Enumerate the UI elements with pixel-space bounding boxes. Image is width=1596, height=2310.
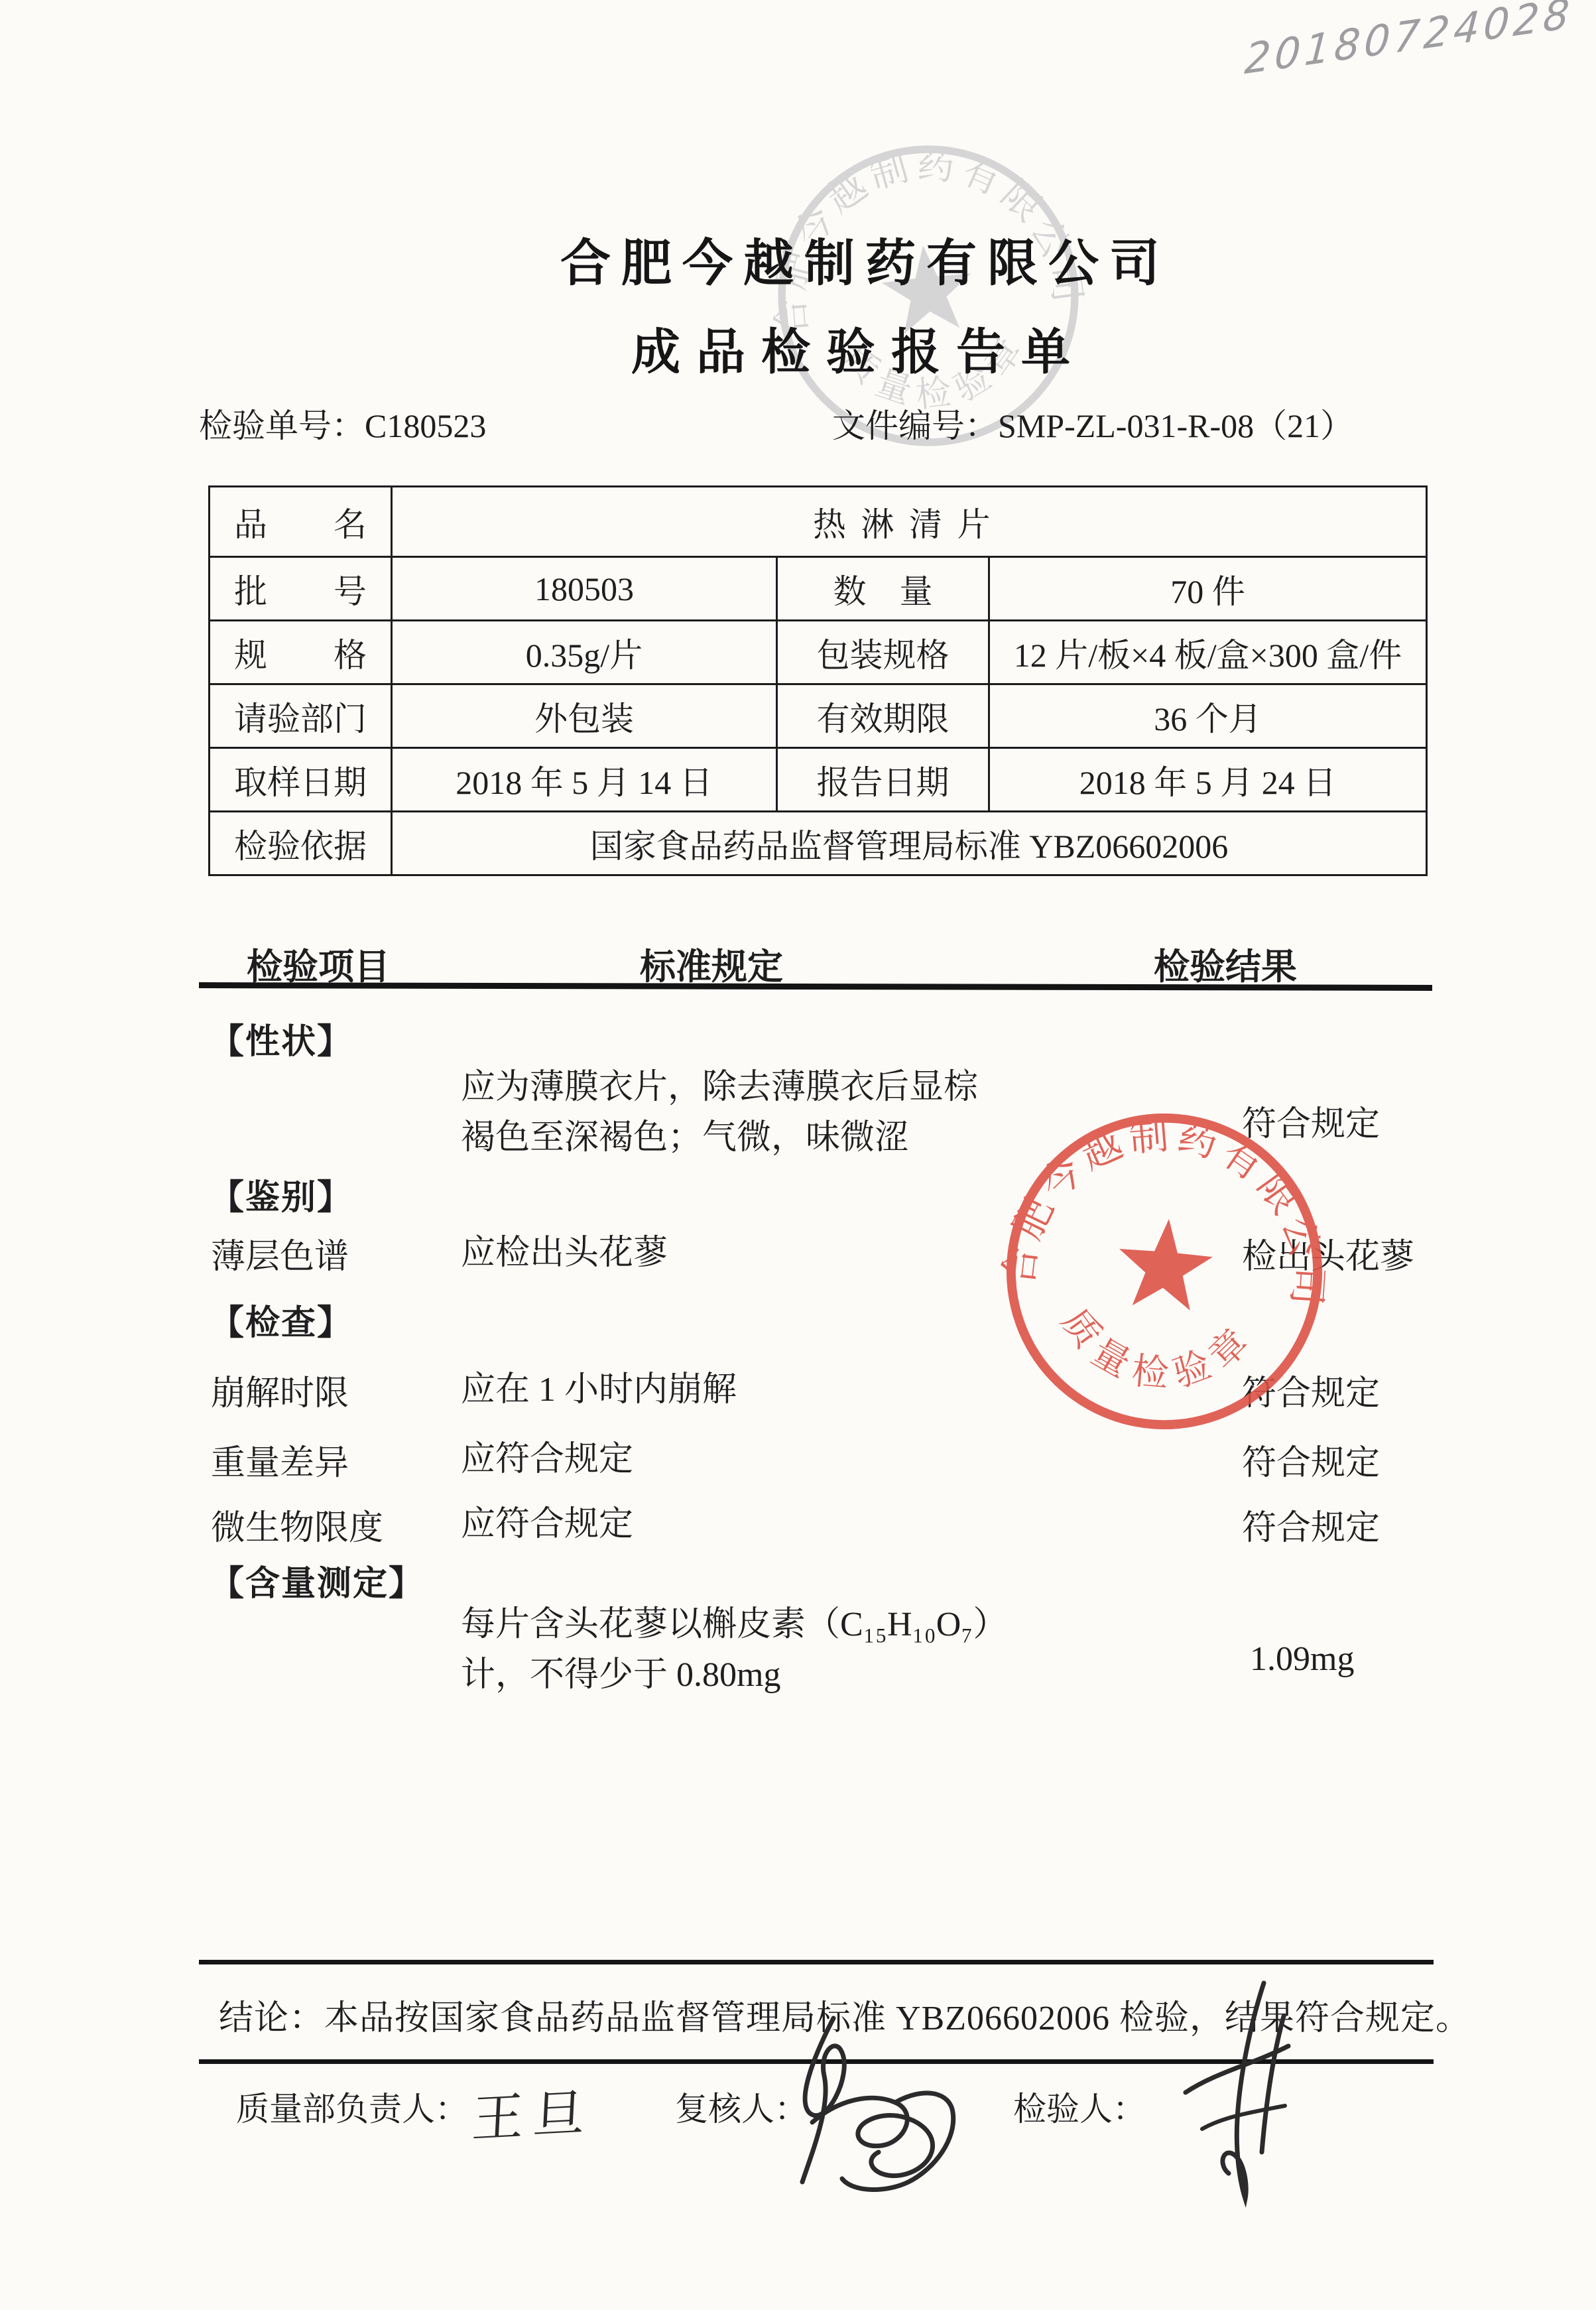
- cell-label: 检验依据: [210, 812, 392, 875]
- cell-label: 品 名: [210, 487, 392, 557]
- file-number-label: 文件编号：: [832, 407, 998, 444]
- inspector-signature-scribble: [1166, 1980, 1331, 2212]
- report-number-label: 检验单号：: [199, 407, 365, 444]
- results-col-standard: 标准规定: [640, 938, 783, 990]
- cell-label: 批 号: [210, 557, 392, 621]
- cell-value: 0.35g/片: [392, 621, 777, 684]
- product-info-table: 品 名 热淋清片 批 号 180503 数 量 70 件 规 格 0.35g/片…: [208, 485, 1428, 876]
- qa-manager-label: 质量部负责人：: [236, 2083, 468, 2130]
- cell-value: 2018 年 5 月 14 日: [392, 748, 777, 812]
- item-weishengwuxiandu: 微生物限度: [211, 1500, 383, 1549]
- company-title: 合肥今越制药有限公司: [560, 223, 1170, 295]
- table-row: 取样日期 2018 年 5 月 14 日 报告日期 2018 年 5 月 24 …: [210, 748, 1427, 812]
- results-col-result: 检验结果: [1154, 938, 1297, 990]
- file-number-line: 文件编号：SMP-ZL-031-R-08（21）: [832, 399, 1353, 447]
- section-title-jianbie: 【鉴别】: [210, 1169, 353, 1219]
- table-row: 检验依据 国家食品药品监督管理局标准 YBZ06602006: [210, 812, 1427, 875]
- section-title-jiancha: 【检查】: [210, 1295, 353, 1344]
- cell-label: 有效期限: [777, 684, 989, 748]
- result-weishengwuxiandu: 符合规定: [1242, 1500, 1380, 1549]
- star-icon: [1115, 1215, 1216, 1312]
- table-row: 请验部门 外包装 有效期限 36 个月: [210, 684, 1427, 748]
- item-bengjieshixian: 崩解时限: [211, 1365, 349, 1415]
- result-bengjieshixian: 符合规定: [1242, 1365, 1380, 1415]
- table-row: 品 名 热淋清片: [210, 487, 1427, 557]
- standard-jianbie: 应检出头花蓼: [461, 1228, 1084, 1279]
- cell-value: 36 个月: [989, 684, 1427, 748]
- cell-value: 70 件: [989, 557, 1427, 621]
- conclusion-top-rule: [199, 1960, 1434, 1964]
- section-title-xingzhuang: 【性状】: [210, 1013, 353, 1063]
- item-zhongliangchayi: 重量差异: [211, 1435, 349, 1484]
- reviewer-signature-scribble: [772, 2013, 978, 2225]
- cell-value: 外包装: [392, 684, 777, 748]
- table-row: 批 号 180503 数 量 70 件: [210, 557, 1427, 621]
- cell-label: 请验部门: [210, 684, 392, 748]
- cell-value: 热淋清片: [392, 487, 1427, 557]
- qa-manager-signature: 王旦: [470, 2071, 596, 2152]
- standard-zhongliangchayi: 应符合规定: [461, 1435, 1084, 1485]
- report-number-line: 检验单号：C180523: [199, 399, 486, 447]
- inspector-label: 检验人：: [1013, 2083, 1146, 2130]
- cell-value: 180503: [392, 557, 777, 621]
- standard-bengjieshixian: 应在 1 小时内崩解: [461, 1365, 1084, 1415]
- cell-label: 数 量: [777, 557, 989, 621]
- item-bocengsepu: 薄层色谱: [211, 1228, 349, 1278]
- cell-label: 报告日期: [777, 748, 989, 812]
- standard-weishengwuxiandu: 应符合规定: [461, 1500, 1084, 1550]
- cell-value: 2018 年 5 月 24 日: [989, 748, 1427, 812]
- result-jianbie: 检出头花蓼: [1242, 1228, 1414, 1278]
- report-number-value: C180523: [365, 407, 486, 444]
- standard-xingzhuang: 应为薄膜衣片，除去薄膜衣后显棕 褐色至深褐色；气微，味微涩: [461, 1062, 1084, 1163]
- result-zhongliangchayi: 符合规定: [1242, 1435, 1380, 1484]
- cell-label: 取样日期: [210, 748, 392, 812]
- cell-label: 规 格: [210, 621, 392, 684]
- table-row: 规 格 0.35g/片 包装规格 12 片/板×4 板/盒×300 盒/件: [210, 621, 1427, 684]
- standard-hanliang: 每片含头花蓼以槲皮素（C₁₅H₁₀O₇） 计，不得少于 0.80mg: [461, 1600, 1084, 1700]
- document-title: 成品检验报告单: [631, 313, 1086, 383]
- file-number-value: SMP-ZL-031-R-08（21）: [998, 407, 1353, 444]
- section-title-hanliang: 【含量测定】: [210, 1555, 424, 1605]
- cell-value: 国家食品药品监督管理局标准 YBZ06602006: [392, 812, 1427, 875]
- result-xingzhuang: 符合规定: [1242, 1096, 1380, 1145]
- cell-value: 12 片/板×4 板/盒×300 盒/件: [989, 621, 1427, 684]
- cell-label: 包装规格: [777, 621, 989, 684]
- result-hanliang: 1.09mg: [1250, 1639, 1354, 1679]
- inspection-report-page: 20180724028 合肥今越制药有限公司 质量检验章 合肥今越制药有限公司 …: [0, 0, 1596, 2310]
- handwritten-ref-number: 20180724028: [1243, 0, 1588, 84]
